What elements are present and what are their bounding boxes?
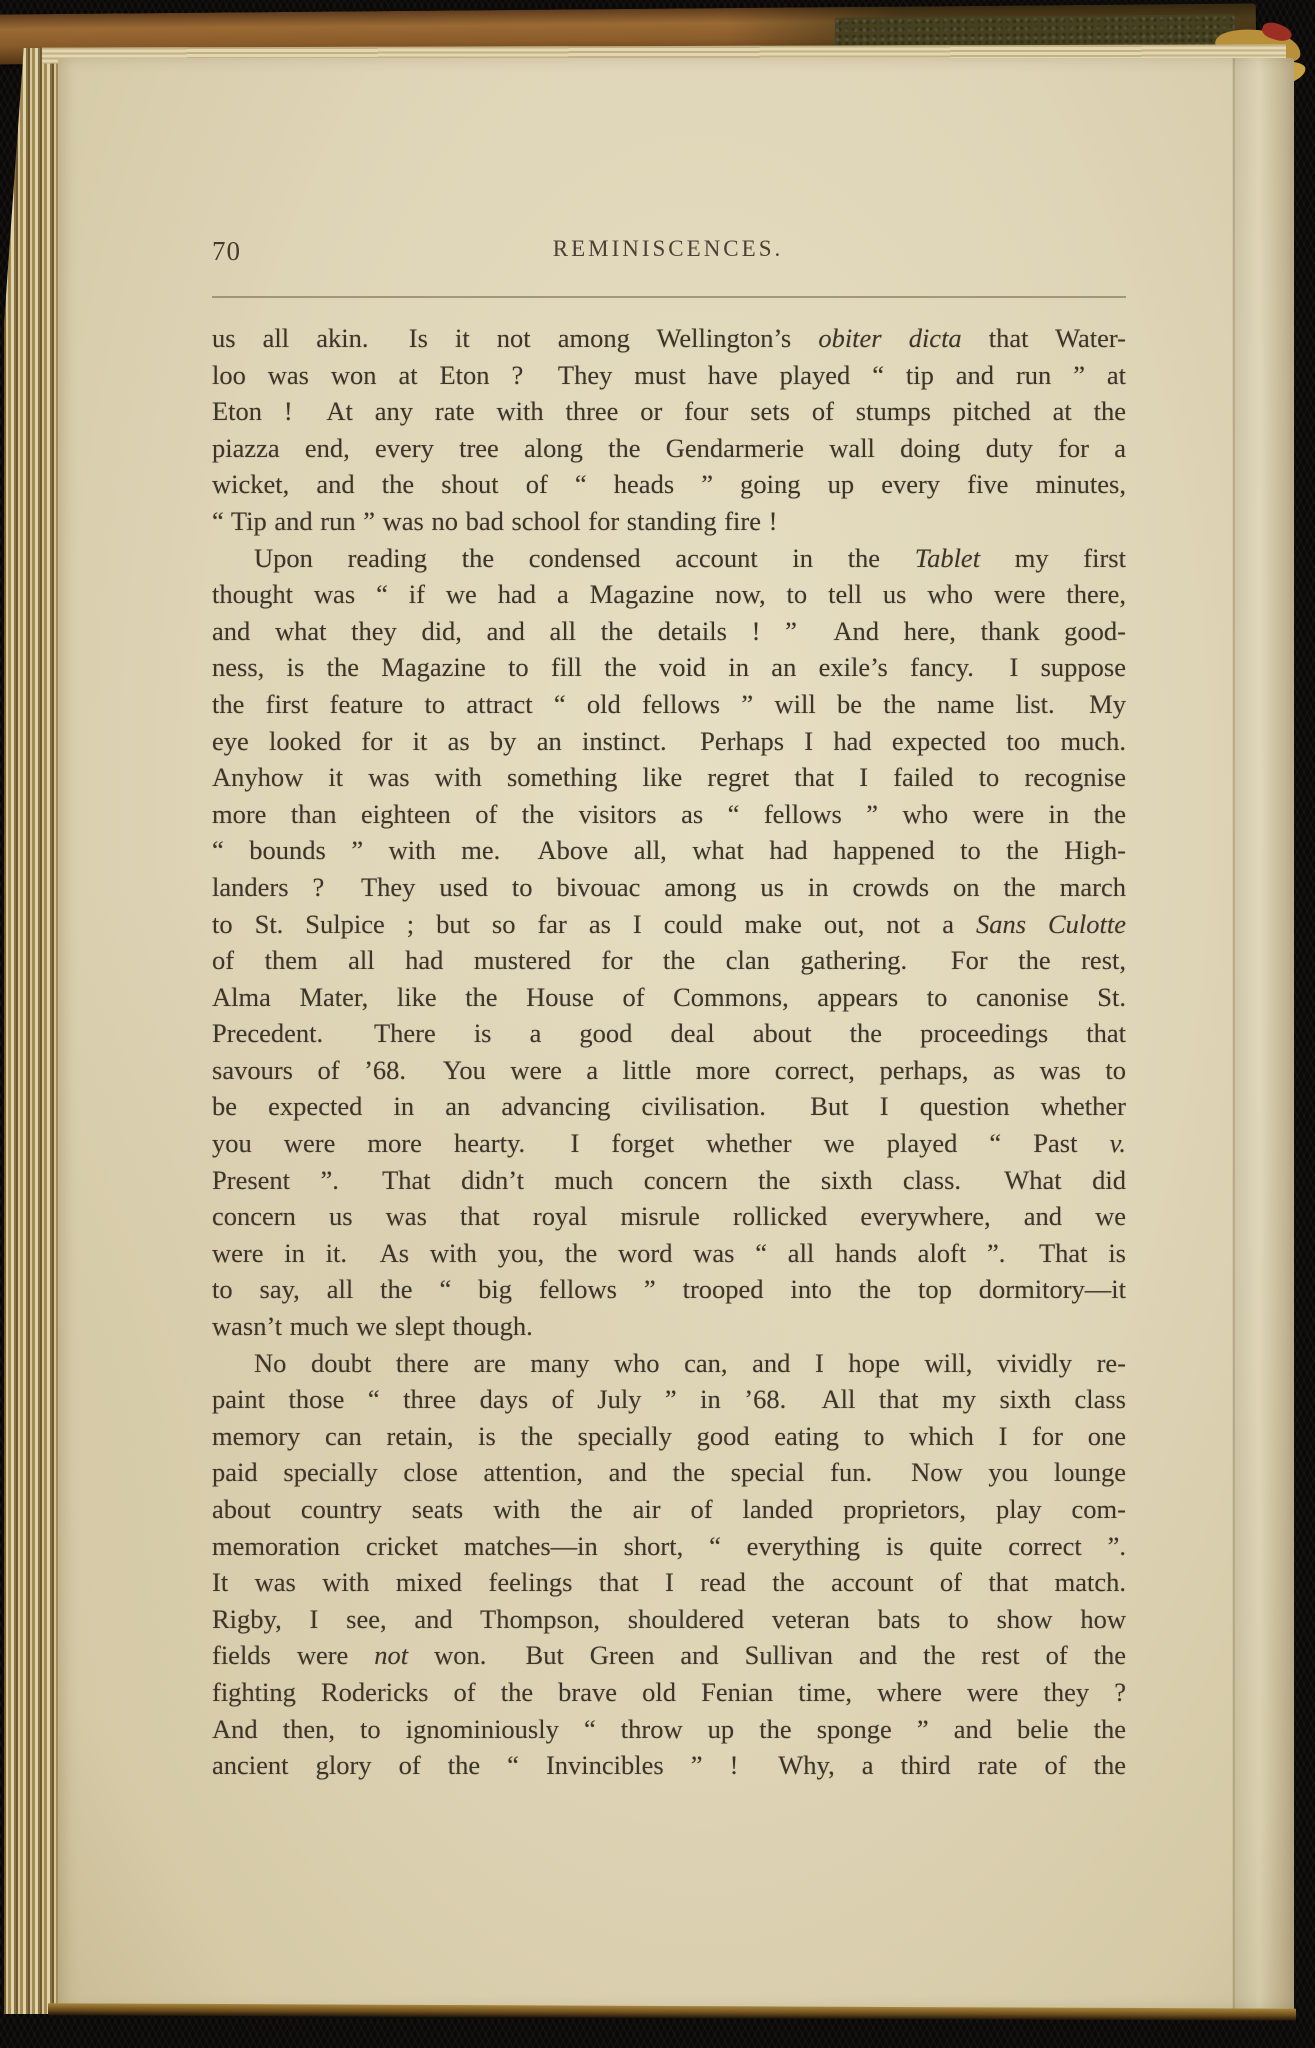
book-page: 70 REMINISCENCES. us all akin. Is it not… — [58, 58, 1294, 2010]
text-segment: that Water- — [962, 323, 1126, 353]
text-line: you were more hearty. I forget whether w… — [212, 1125, 1126, 1162]
text-line: eye looked for it as by an instinct. Per… — [212, 723, 1126, 760]
page-edges-left — [4, 48, 62, 2014]
text-segment: “ Tip and run ” was no bad school for st… — [212, 506, 777, 536]
text-segment: be expected in an advancing civilisation… — [212, 1091, 1126, 1121]
text-segment: fields were — [212, 1640, 374, 1670]
text-line: Present ”. That didn’t much concern the … — [212, 1162, 1126, 1199]
text-line: more than eighteen of the visitors as “ … — [212, 796, 1126, 833]
running-header: REMINISCENCES. — [212, 236, 1124, 262]
text-line: Alma Mater, like the House of Commons, a… — [212, 979, 1126, 1016]
page-header: 70 REMINISCENCES. — [212, 234, 1124, 268]
text-segment: fighting Rodericks of the brave old Feni… — [212, 1677, 1126, 1707]
text-segment: loo was won at Eton ? They must have pla… — [212, 360, 1126, 390]
text-line: thought was “ if we had a Magazine now, … — [212, 576, 1126, 613]
text-line: the first feature to attract “ old fello… — [212, 686, 1126, 723]
text-segment: No doubt there are many who can, and I h… — [254, 1348, 1126, 1378]
text-segment: eye looked for it as by an instinct. Per… — [212, 726, 1126, 756]
text-line: Precedent. There is a good deal about th… — [212, 1015, 1126, 1052]
text-segment: the first feature to attract “ old fello… — [212, 689, 1126, 719]
text-segment: wicket, and the shout of “ heads ” going… — [212, 469, 1126, 499]
text-segment: concern us was that royal misrule rollic… — [212, 1201, 1126, 1231]
text-segment: ancient glory of the “ Invincibles ” ! W… — [212, 1750, 1126, 1780]
text-segment: obiter dicta — [818, 323, 961, 353]
text-segment: memoration cricket matches—in short, “ e… — [212, 1531, 1126, 1561]
text-segment: landers ? They used to bivouac among us … — [212, 872, 1126, 902]
text-segment: Tablet — [915, 543, 980, 573]
text-segment: Anyhow it was with something like regret… — [212, 762, 1126, 792]
text-segment: Precedent. There is a good deal about th… — [212, 1018, 1126, 1048]
text-segment: us all akin. Is it not among Wellington’… — [212, 323, 818, 353]
text-segment: thought was “ if we had a Magazine now, … — [212, 579, 1126, 609]
text-line: memoration cricket matches—in short, “ e… — [212, 1528, 1126, 1565]
text-line: It was with mixed feelings that I read t… — [212, 1564, 1126, 1601]
text-line: wicket, and the shout of “ heads ” going… — [212, 466, 1126, 503]
text-line: memory can retain, is the specially good… — [212, 1418, 1126, 1455]
text-segment: of them all had mustered for the clan ga… — [212, 945, 1126, 975]
text-line: concern us was that royal misrule rollic… — [212, 1198, 1126, 1235]
text-line: ancient glory of the “ Invincibles ” ! W… — [212, 1747, 1126, 1784]
text-line: Eton ! At any rate with three or four se… — [212, 393, 1126, 430]
text-line: “ bounds ” with me. Above all, what had … — [212, 832, 1126, 869]
text-line: fields were not won. But Green and Sulli… — [212, 1637, 1126, 1674]
text-segment: to St. Sulpice ; but so far as I could m… — [212, 909, 976, 939]
text-line: landers ? They used to bivouac among us … — [212, 869, 1126, 906]
text-line: were in it. As with you, the word was “ … — [212, 1235, 1126, 1272]
text-segment: paint those “ three days of July ” in ’6… — [212, 1384, 1126, 1414]
text-segment: savours of ’68. You were a little more c… — [212, 1055, 1126, 1085]
text-line: “ Tip and run ” was no bad school for st… — [212, 503, 1126, 540]
text-line: And then, to ignominiously “ throw up th… — [212, 1711, 1126, 1748]
text-segment: Present ”. That didn’t much concern the … — [212, 1165, 1126, 1195]
text-line: fighting Rodericks of the brave old Feni… — [212, 1674, 1126, 1711]
text-segment: to say, all the “ big fellows ” trooped … — [212, 1274, 1126, 1304]
text-line: No doubt there are many who can, and I h… — [212, 1345, 1126, 1382]
header-rule — [212, 296, 1126, 298]
text-segment: And then, to ignominiously “ throw up th… — [212, 1714, 1126, 1744]
text-segment: Eton ! At any rate with three or four se… — [212, 396, 1126, 426]
text-segment: It was with mixed feelings that I read t… — [212, 1567, 1126, 1597]
text-segment: v. — [1110, 1128, 1126, 1158]
text-segment: Sans Culotte — [976, 909, 1126, 939]
text-line: Rigby, I see, and Thompson, shouldered v… — [212, 1601, 1126, 1638]
text-segment: not — [374, 1640, 408, 1670]
text-line: to St. Sulpice ; but so far as I could m… — [212, 906, 1126, 943]
text-segment: about country seats with the air of land… — [212, 1494, 1126, 1524]
text-line: us all akin. Is it not among Wellington’… — [212, 320, 1126, 357]
page-curl-edge — [1236, 58, 1294, 2010]
text-segment: ness, is the Magazine to fill the void i… — [212, 652, 1126, 682]
text-segment: piazza end, every tree along the Gendarm… — [212, 433, 1126, 463]
text-line: ness, is the Magazine to fill the void i… — [212, 649, 1126, 686]
text-line: paid specially close attention, and the … — [212, 1454, 1126, 1491]
text-segment: you were more hearty. I forget whether w… — [212, 1128, 1110, 1158]
text-line: Anyhow it was with something like regret… — [212, 759, 1126, 796]
text-segment: wasn’t much we slept though. — [212, 1311, 533, 1341]
text-line: Upon reading the condensed account in th… — [212, 540, 1126, 577]
text-segment: my first — [980, 543, 1126, 573]
text-segment: Rigby, I see, and Thompson, shouldered v… — [212, 1604, 1126, 1634]
text-segment: won. But Green and Sullivan and the rest… — [408, 1640, 1126, 1670]
text-segment: were in it. As with you, the word was “ … — [212, 1238, 1126, 1268]
text-line: about country seats with the air of land… — [212, 1491, 1126, 1528]
text-line: loo was won at Eton ? They must have pla… — [212, 357, 1126, 394]
text-line: piazza end, every tree along the Gendarm… — [212, 430, 1126, 467]
text-line: wasn’t much we slept though. — [212, 1308, 1126, 1345]
text-segment: and what they did, and all the details !… — [212, 616, 1126, 646]
body-text: us all akin. Is it not among Wellington’… — [212, 320, 1126, 1784]
text-segment: paid specially close attention, and the … — [212, 1457, 1126, 1487]
text-line: to say, all the “ big fellows ” trooped … — [212, 1271, 1126, 1308]
text-segment: Upon reading the condensed account in th… — [254, 543, 915, 573]
text-segment: Alma Mater, like the House of Commons, a… — [212, 982, 1126, 1012]
text-line: of them all had mustered for the clan ga… — [212, 942, 1126, 979]
text-segment: more than eighteen of the visitors as “ … — [212, 799, 1126, 829]
text-line: paint those “ three days of July ” in ’6… — [212, 1381, 1126, 1418]
text-segment: “ bounds ” with me. Above all, what had … — [212, 835, 1126, 865]
text-line: savours of ’68. You were a little more c… — [212, 1052, 1126, 1089]
text-segment: memory can retain, is the specially good… — [212, 1421, 1126, 1451]
text-line: and what they did, and all the details !… — [212, 613, 1126, 650]
text-line: be expected in an advancing civilisation… — [212, 1088, 1126, 1125]
